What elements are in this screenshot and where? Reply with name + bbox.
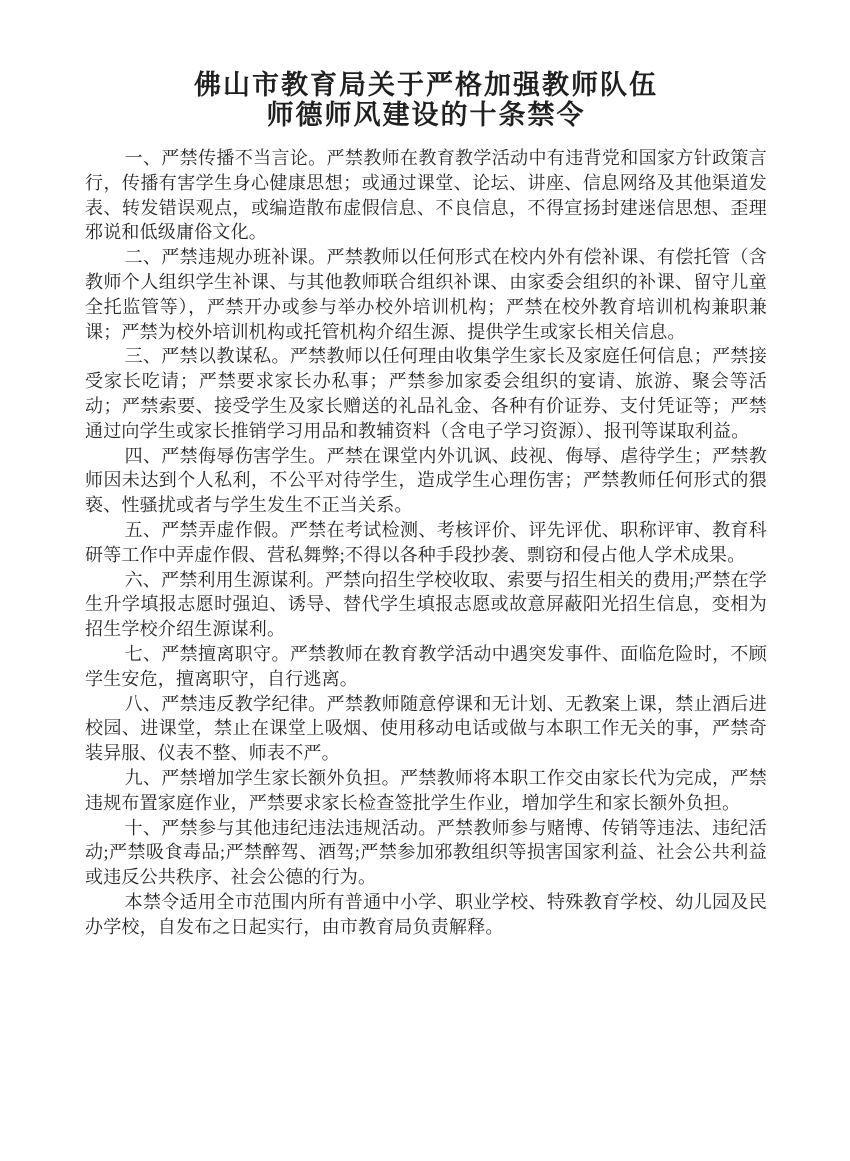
paragraph-prohibition-2: 二、严禁违规办班补课。严禁教师以任何形式在校内外有偿补课、有偿托管（含教师个人组… [85,245,767,344]
paragraph-prohibition-1: 一、严禁传播不当言论。严禁教师在教育教学活动中有违背党和国家方针政策言行，传播有… [85,146,767,245]
paragraph-closing-scope: 本禁令适用全市范围内所有普通中小学、职业学校、特殊教育学校、幼儿园及民办学校，自… [85,890,767,940]
paragraph-prohibition-8: 八、严禁违反教学纪律。严禁教师随意停课和无计划、无教案上课，禁止酒后进校园、进课… [85,692,767,766]
paragraph-prohibition-4: 四、严禁侮辱伤害学生。严禁在课堂内外讥讽、歧视、侮辱、虐待学生；严禁教师因未达到… [85,444,767,518]
paragraph-prohibition-9: 九、严禁增加学生家长额外负担。严禁教师将本职工作交由家长代为完成，严禁违规布置家… [85,766,767,816]
paragraph-prohibition-5: 五、严禁弄虚作假。严禁在考试检测、考核评价、评先评优、职称评审、教育科研等工作中… [85,518,767,568]
document-title: 佛山市教育局关于严格加强教师队伍 师德师风建设的十条禁令 [85,70,767,130]
document-title-line-2: 师德师风建设的十条禁令 [85,100,767,130]
paragraph-prohibition-10: 十、严禁参与其他违纪违法违规活动。严禁教师参与赌博、传销等违法、违纪活动;严禁吸… [85,816,767,890]
paragraph-prohibition-7: 七、严禁擅离职守。严禁教师在教育教学活动中遇突发事件、面临危险时，不顾学生安危，… [85,642,767,692]
paragraph-prohibition-6: 六、严禁利用生源谋利。严禁向招生学校收取、索要与招生相关的费用;严禁在学生升学填… [85,568,767,642]
document-title-line-1: 佛山市教育局关于严格加强教师队伍 [85,70,767,100]
document-body: 一、严禁传播不当言论。严禁教师在教育教学活动中有违背党和国家方针政策言行，传播有… [85,146,767,940]
paragraph-prohibition-3: 三、严禁以教谋私。严禁教师以任何理由收集学生家长及家庭任何信息；严禁接受家长吃请… [85,344,767,443]
document-page: 佛山市教育局关于严格加强教师队伍 师德师风建设的十条禁令 一、严禁传播不当言论。… [0,0,850,1161]
